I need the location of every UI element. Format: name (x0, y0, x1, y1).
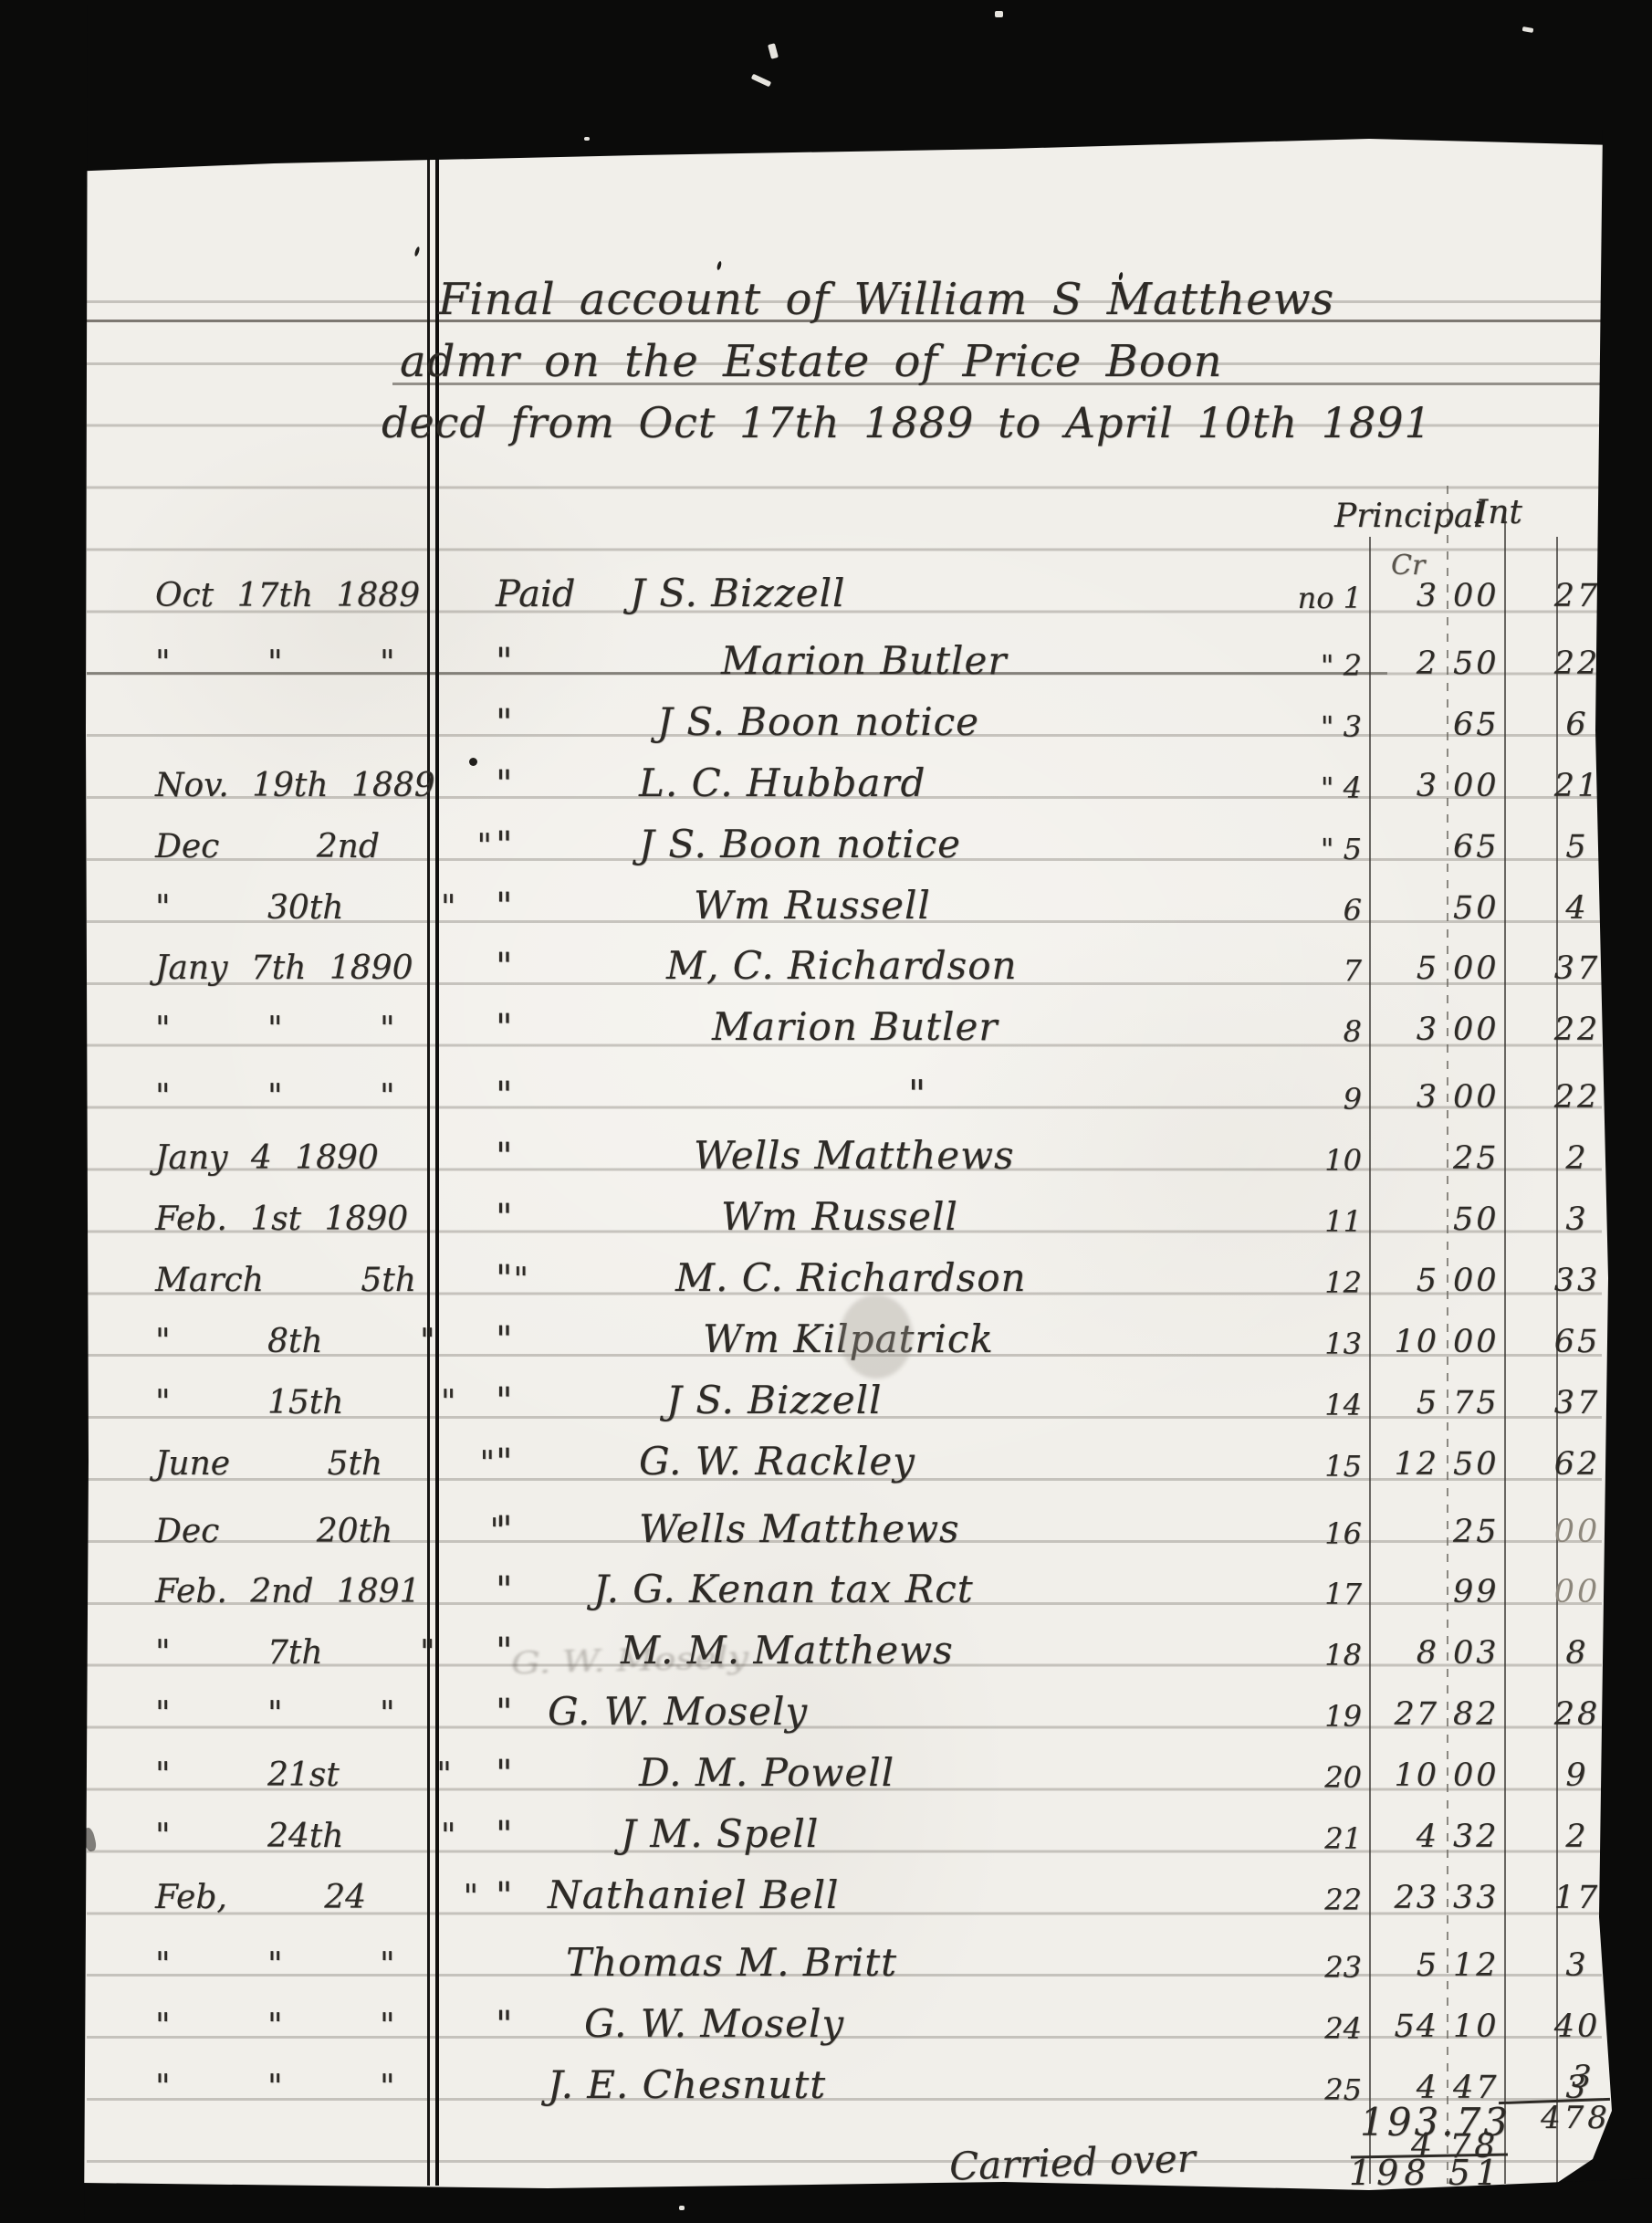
row-payee: " (529, 1075, 1305, 1114)
row-principal-dollars: 27 (1369, 1699, 1438, 1731)
row-date: " 30th " (155, 892, 470, 925)
row-entry-number: " 3 (1269, 712, 1362, 741)
table-row: " " """930022 (0, 1061, 1652, 1114)
row-interest: 28 (1548, 1699, 1606, 1731)
row-date: Dec 20th " (155, 1515, 470, 1548)
table-row: Dec 20th ""Wells Matthews162500 (0, 1495, 1652, 1548)
row-entry-number: 10 (1269, 1146, 1362, 1175)
row-entry-number: 13 (1269, 1329, 1362, 1358)
row-date: Feb. 2nd 1891 (155, 1576, 470, 1609)
row-entry-number: 21 (1269, 1824, 1362, 1853)
row-date: June 5th " (155, 1448, 470, 1481)
row-payee: G. W. Mosely (529, 1693, 1323, 1731)
row-date: " 15th " (155, 1387, 470, 1420)
row-date: " 21st " (155, 1759, 470, 1792)
row-entry-number: 25 (1269, 2075, 1362, 2104)
row-entry-number: 16 (1269, 1519, 1362, 1548)
table-row: March 5th ""M. C. Richardson1250033 (0, 1244, 1652, 1297)
row-principal-cents: 25 (1453, 1516, 1517, 1548)
row-principal-dollars: 4 (1369, 1821, 1438, 1853)
row-entry-number: 7 (1269, 956, 1362, 985)
table-row: June 5th ""G. W. Rackley15125062 (0, 1428, 1652, 1481)
table-row: Dec 2nd ""J S. Boon notice" 5655 (0, 811, 1652, 864)
row-entry-number: 18 (1269, 1641, 1362, 1670)
row-principal-dollars: 8 (1369, 1638, 1438, 1670)
row-interest: 40 (1548, 2011, 1606, 2043)
row-entry-number: 6 (1269, 896, 1362, 925)
row-principal-cents: 00 (1453, 1082, 1517, 1114)
row-principal-cents: 00 (1453, 771, 1517, 802)
table-row: " " ""G. W. Mosely19278228 (0, 1678, 1652, 1731)
row-interest: 3 (1548, 1204, 1606, 1236)
row-principal-cents: 12 (1453, 1950, 1517, 1982)
interest-column-total: 478 (1541, 2102, 1611, 2134)
row-interest: 5 (1548, 832, 1606, 864)
document-title-line-3: decd from Oct 17th 1889 to April 10th 18… (382, 398, 1432, 447)
row-principal-cents: 50 (1453, 893, 1517, 925)
row-interest: 8 (1548, 1638, 1606, 1670)
row-date: " " " (155, 1949, 470, 1982)
row-entry-number: 20 (1269, 1763, 1362, 1792)
row-principal-dollars: 54 (1369, 2011, 1438, 2043)
row-date: " " " (155, 1013, 470, 1046)
table-row: " 30th ""Wm Russell6504 (0, 872, 1652, 925)
table-row: " " ""Marion Butler" 225022 (0, 627, 1652, 680)
row-principal-cents: 50 (1453, 1449, 1517, 1481)
row-principal-dollars: 10 (1369, 1326, 1438, 1358)
row-principal-dollars: 3 (1369, 771, 1438, 802)
row-entry-number: 24 (1269, 2014, 1362, 2043)
ink-smudge (840, 1295, 913, 1379)
row-principal-cents: 75 (1453, 1388, 1517, 1420)
table-row: " 15th ""J S. Bizzell1457537 (0, 1367, 1652, 1420)
row-date: " " " (155, 2010, 470, 2043)
document-scan: Final account of William S Matthews admr… (0, 0, 1652, 2223)
row-interest: 2 (1548, 1821, 1606, 1853)
ghost-ink-offset: G. W. Mosely (511, 1640, 749, 1682)
row-interest: 00 (1548, 1516, 1606, 1548)
row-principal-dollars: 5 (1369, 1265, 1438, 1297)
row-principal-cents: 00 (1453, 1326, 1517, 1358)
row-principal-cents: 00 (1453, 581, 1517, 613)
row-payee: G. W. Mosely (529, 2005, 1360, 2043)
row-principal-cents: 32 (1453, 1821, 1517, 1853)
row-principal-cents: 65 (1453, 709, 1517, 741)
document-title-line-2: admr on the Estate of Price Boon (400, 336, 1223, 387)
row-interest: 22 (1548, 1014, 1606, 1046)
row-principal-dollars: 23 (1369, 1882, 1438, 1914)
row-date: " 24th " (155, 1820, 470, 1853)
row-principal-dollars: 10 (1369, 1760, 1438, 1792)
row-date: Jany 4 1890 (155, 1142, 470, 1175)
row-payee: J. E. Chesnutt (529, 2066, 1323, 2104)
row-entry-number: 12 (1269, 1268, 1362, 1297)
table-row: Feb, 24 ""Nathaniel Bell22233317 (0, 1861, 1652, 1914)
row-entry-number: 15 (1269, 1452, 1362, 1481)
table-row: Nov. 19th 1889"L. C. Hubbard" 430021 (0, 750, 1652, 802)
row-entry-number: 17 (1269, 1579, 1362, 1609)
row-date: " 8th " (155, 1326, 470, 1358)
interest-column-header: Int (1475, 494, 1522, 531)
interest-last-entry: 3 (1572, 2061, 1592, 2092)
row-interest: 33 (1548, 1265, 1606, 1297)
table-row: " " "J. E. Chesnutt254473 (0, 2051, 1652, 2104)
table-row: " 21st ""D. M. Powell2010009 (0, 1739, 1652, 1792)
scratch-speck (584, 137, 590, 141)
row-date: " 7th " (155, 1637, 470, 1670)
row-principal-cents: 82 (1453, 1699, 1517, 1731)
row-date: Feb. 1st 1890 (155, 1203, 470, 1236)
row-interest: 2 (1548, 1143, 1606, 1175)
row-payee: J. G. Kenan tax Rct (529, 1570, 1369, 1609)
carried-over-label: Carried over (948, 2139, 1196, 2186)
table-row: Feb. 2nd 1891"J. G. Kenan tax Rct179900 (0, 1556, 1652, 1609)
row-entry-number: no 1 (1269, 583, 1362, 613)
table-row: Jany 7th 1890"M, C. Richardson750037 (0, 932, 1652, 985)
table-row: " 7th ""M. M. Matthews188038 (0, 1617, 1652, 1670)
row-payee: J M. Spell (529, 1815, 1396, 1853)
row-principal-dollars: 5 (1369, 953, 1438, 985)
row-date: " " " (155, 1081, 470, 1114)
row-interest: 22 (1548, 1082, 1606, 1114)
grand-total: 198 51 (1349, 2155, 1503, 2190)
row-principal-cents: 50 (1453, 1204, 1517, 1236)
table-row: " " ""G. W. Mosely24541040 (0, 1990, 1652, 2043)
row-principal-cents: 00 (1453, 1014, 1517, 1046)
row-entry-number: 9 (1269, 1085, 1362, 1114)
row-interest: 9 (1548, 1760, 1606, 1792)
row-principal-dollars: 5 (1369, 1388, 1438, 1420)
row-entry-number: " 4 (1269, 773, 1362, 802)
row-interest: 17 (1548, 1882, 1606, 1914)
row-date: " " " (155, 647, 470, 680)
row-entry-number: 14 (1269, 1390, 1362, 1420)
row-entry-number: " 2 (1269, 651, 1362, 680)
row-date: Feb, 24 " (155, 1882, 470, 1914)
scratch-speck (995, 11, 1003, 17)
row-date: Dec 2nd " (155, 831, 470, 864)
row-entry-number: 19 (1269, 1702, 1362, 1731)
row-date: March 5th " (155, 1264, 470, 1297)
row-entry-number: 11 (1269, 1207, 1362, 1236)
row-date: Oct 17th 1889 (155, 580, 470, 613)
row-interest: 3 (1548, 1950, 1606, 1982)
row-principal-dollars: 3 (1369, 1014, 1438, 1046)
row-principal-cents: 25 (1453, 1143, 1517, 1175)
row-principal-cents: 03 (1453, 1638, 1517, 1670)
document-title-line-1: Final account of William S Matthews (438, 274, 1334, 325)
row-principal-cents: 65 (1453, 832, 1517, 864)
row-entry-number: 22 (1269, 1885, 1362, 1914)
table-row: " " "Thomas M. Britt235123 (0, 1929, 1652, 1982)
row-principal-cents: 50 (1453, 648, 1517, 680)
row-interest: 00 (1548, 1577, 1606, 1609)
row-entry-number: 8 (1269, 1017, 1362, 1046)
row-principal-dollars: 3 (1369, 1082, 1438, 1114)
row-principal-dollars: 5 (1369, 1950, 1438, 1982)
row-payee: Thomas M. Britt (529, 1944, 1342, 1982)
row-interest: 37 (1548, 1388, 1606, 1420)
row-principal-dollars: 3 (1369, 581, 1438, 613)
row-date: " " " (155, 1698, 470, 1731)
table-row: Feb. 1st 1890"Wm Russell11503 (0, 1183, 1652, 1236)
table-row: Oct 17th 1889PaidJ S. Bizzellno 130027 (0, 560, 1652, 613)
row-principal-dollars: 2 (1369, 648, 1438, 680)
row-principal-cents: 00 (1453, 953, 1517, 985)
table-row: " 8th ""Wm Kilpatrick13100065 (0, 1305, 1652, 1358)
table-row: Jany 4 1890"Wells Matthews10252 (0, 1122, 1652, 1175)
ink-speck (469, 758, 477, 766)
row-entry-number: 23 (1269, 1953, 1362, 1982)
row-interest: 37 (1548, 953, 1606, 985)
row-date: " " " (155, 2071, 470, 2104)
row-principal-cents: 33 (1453, 1882, 1517, 1914)
row-principal-cents: 10 (1453, 2011, 1517, 2043)
scratch-speck (679, 2206, 685, 2210)
row-entry-number: " 5 (1269, 834, 1362, 864)
row-date: Nov. 19th 1889 (155, 770, 470, 802)
principal-column-header: Principal (1334, 498, 1484, 535)
row-principal-cents: 00 (1453, 1760, 1517, 1792)
row-date: Jany 7th 1890 (155, 952, 470, 985)
row-principal-dollars: 12 (1369, 1449, 1438, 1481)
row-interest: 4 (1548, 893, 1606, 925)
table-row: " " ""Marion Butler830022 (0, 993, 1652, 1046)
row-interest: 65 (1548, 1326, 1606, 1358)
table-row: " 24th ""J M. Spell214322 (0, 1800, 1652, 1853)
row-payee: Nathaniel Bell (529, 1876, 1323, 1914)
row-principal-cents: 00 (1453, 1265, 1517, 1297)
table-row: "J S. Boon notice" 3656 (0, 688, 1652, 741)
row-principal-cents: 99 (1453, 1577, 1517, 1609)
row-interest: 62 (1548, 1449, 1606, 1481)
